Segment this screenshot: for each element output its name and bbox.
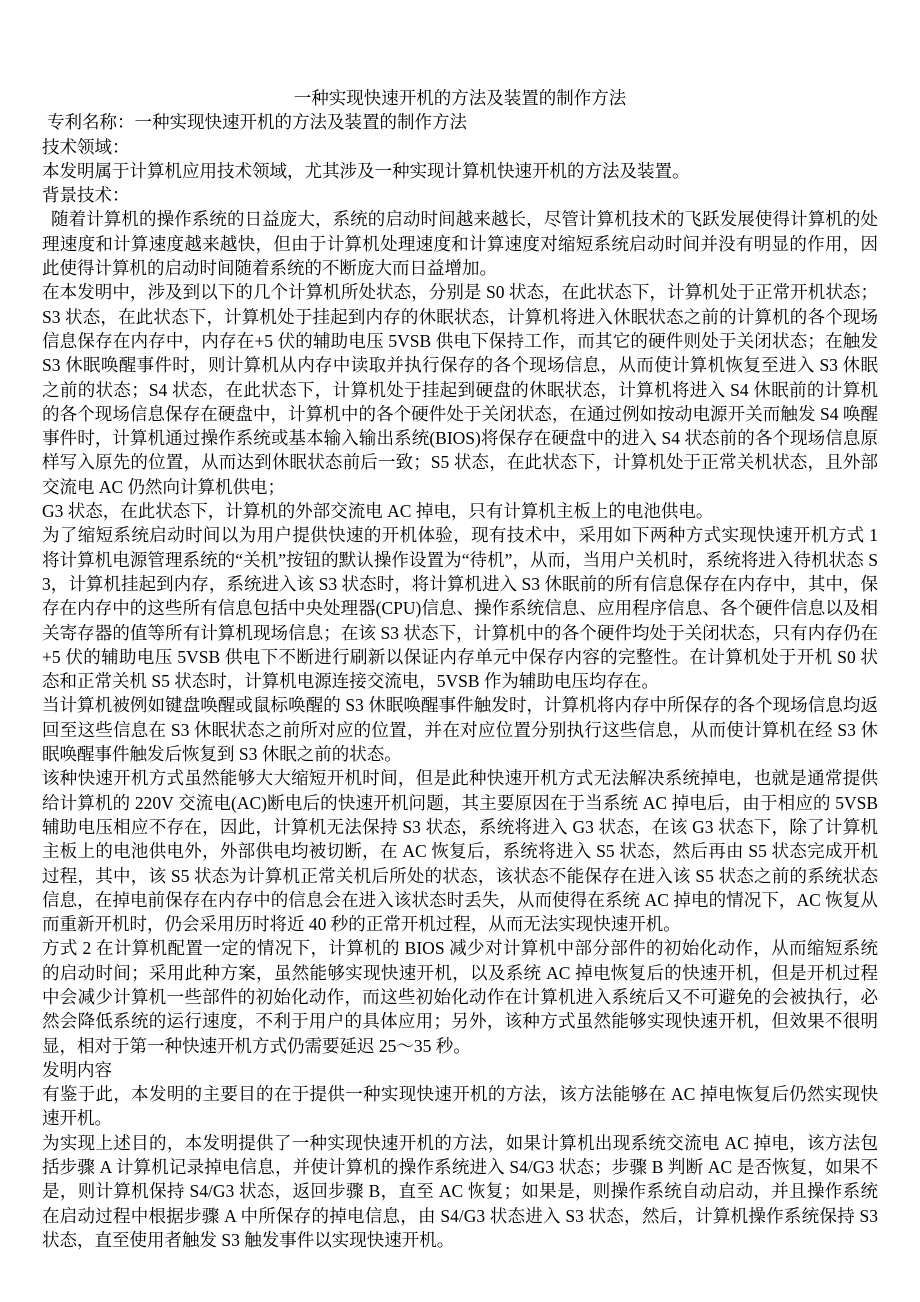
document-title: 一种实现快速开机的方法及装置的制作方法 (42, 86, 878, 110)
invention-purpose-paragraph: 有鉴于此，本发明的主要目的在于提供一种实现快速开机的方法，该方法能够在 AC 掉… (42, 1082, 878, 1131)
background-paragraph-startup-time: 随着计算机的操作系统的日益庞大，系统的启动时间越来越长，尽管计算机技术的飞跃发展… (42, 207, 878, 280)
invention-method-steps-paragraph: 为实现上述目的，本发明提供了一种实现快速开机的方法，如果计算机出现系统交流电 A… (42, 1131, 878, 1252)
patent-name-line: 专利名称：一种实现快速开机的方法及装置的制作方法 (42, 110, 878, 134)
background-paragraph-s3-wake: 当计算机被例如键盘唤醒或鼠标唤醒的 S3 休眠唤醒事件触发时，计算机将内存中所保… (42, 693, 878, 766)
background-paragraph-fast-boot-method2: 方式 2 在计算机配置一定的情况下，计算机的 BIOS 减少对计算机中部分部件的… (42, 936, 878, 1057)
technical-field-text: 本发明属于计算机应用技术领域，尤其涉及一种实现计算机快速开机的方法及装置。 (42, 159, 878, 183)
patent-document-page: 一种实现快速开机的方法及装置的制作方法 专利名称：一种实现快速开机的方法及装置的… (0, 0, 920, 1302)
background-paragraph-g3-state: G3 状态，在此状态下，计算机的外部交流电 AC 掉电，只有计算机主板上的电池供… (42, 499, 878, 523)
background-paragraph-fast-boot-method1: 为了缩短系统启动时间以为用户提供快速的开机体验，现有技术中，采用如下两种方式实现… (42, 523, 878, 693)
background-paragraph-computer-states: 在本发明中，涉及到以下的几个计算机所处状态，分别是 S0 状态，在此状态下，计算… (42, 280, 878, 499)
background-paragraph-ac-power-loss: 该种快速开机方式虽然能够大大缩短开机时间，但是此种快速开机方式无法解决系统掉电，… (42, 766, 878, 936)
section-heading-technical-field: 技术领域： (42, 135, 878, 159)
section-heading-background-art: 背景技术： (42, 183, 878, 207)
section-heading-invention-content: 发明内容 (42, 1058, 878, 1082)
